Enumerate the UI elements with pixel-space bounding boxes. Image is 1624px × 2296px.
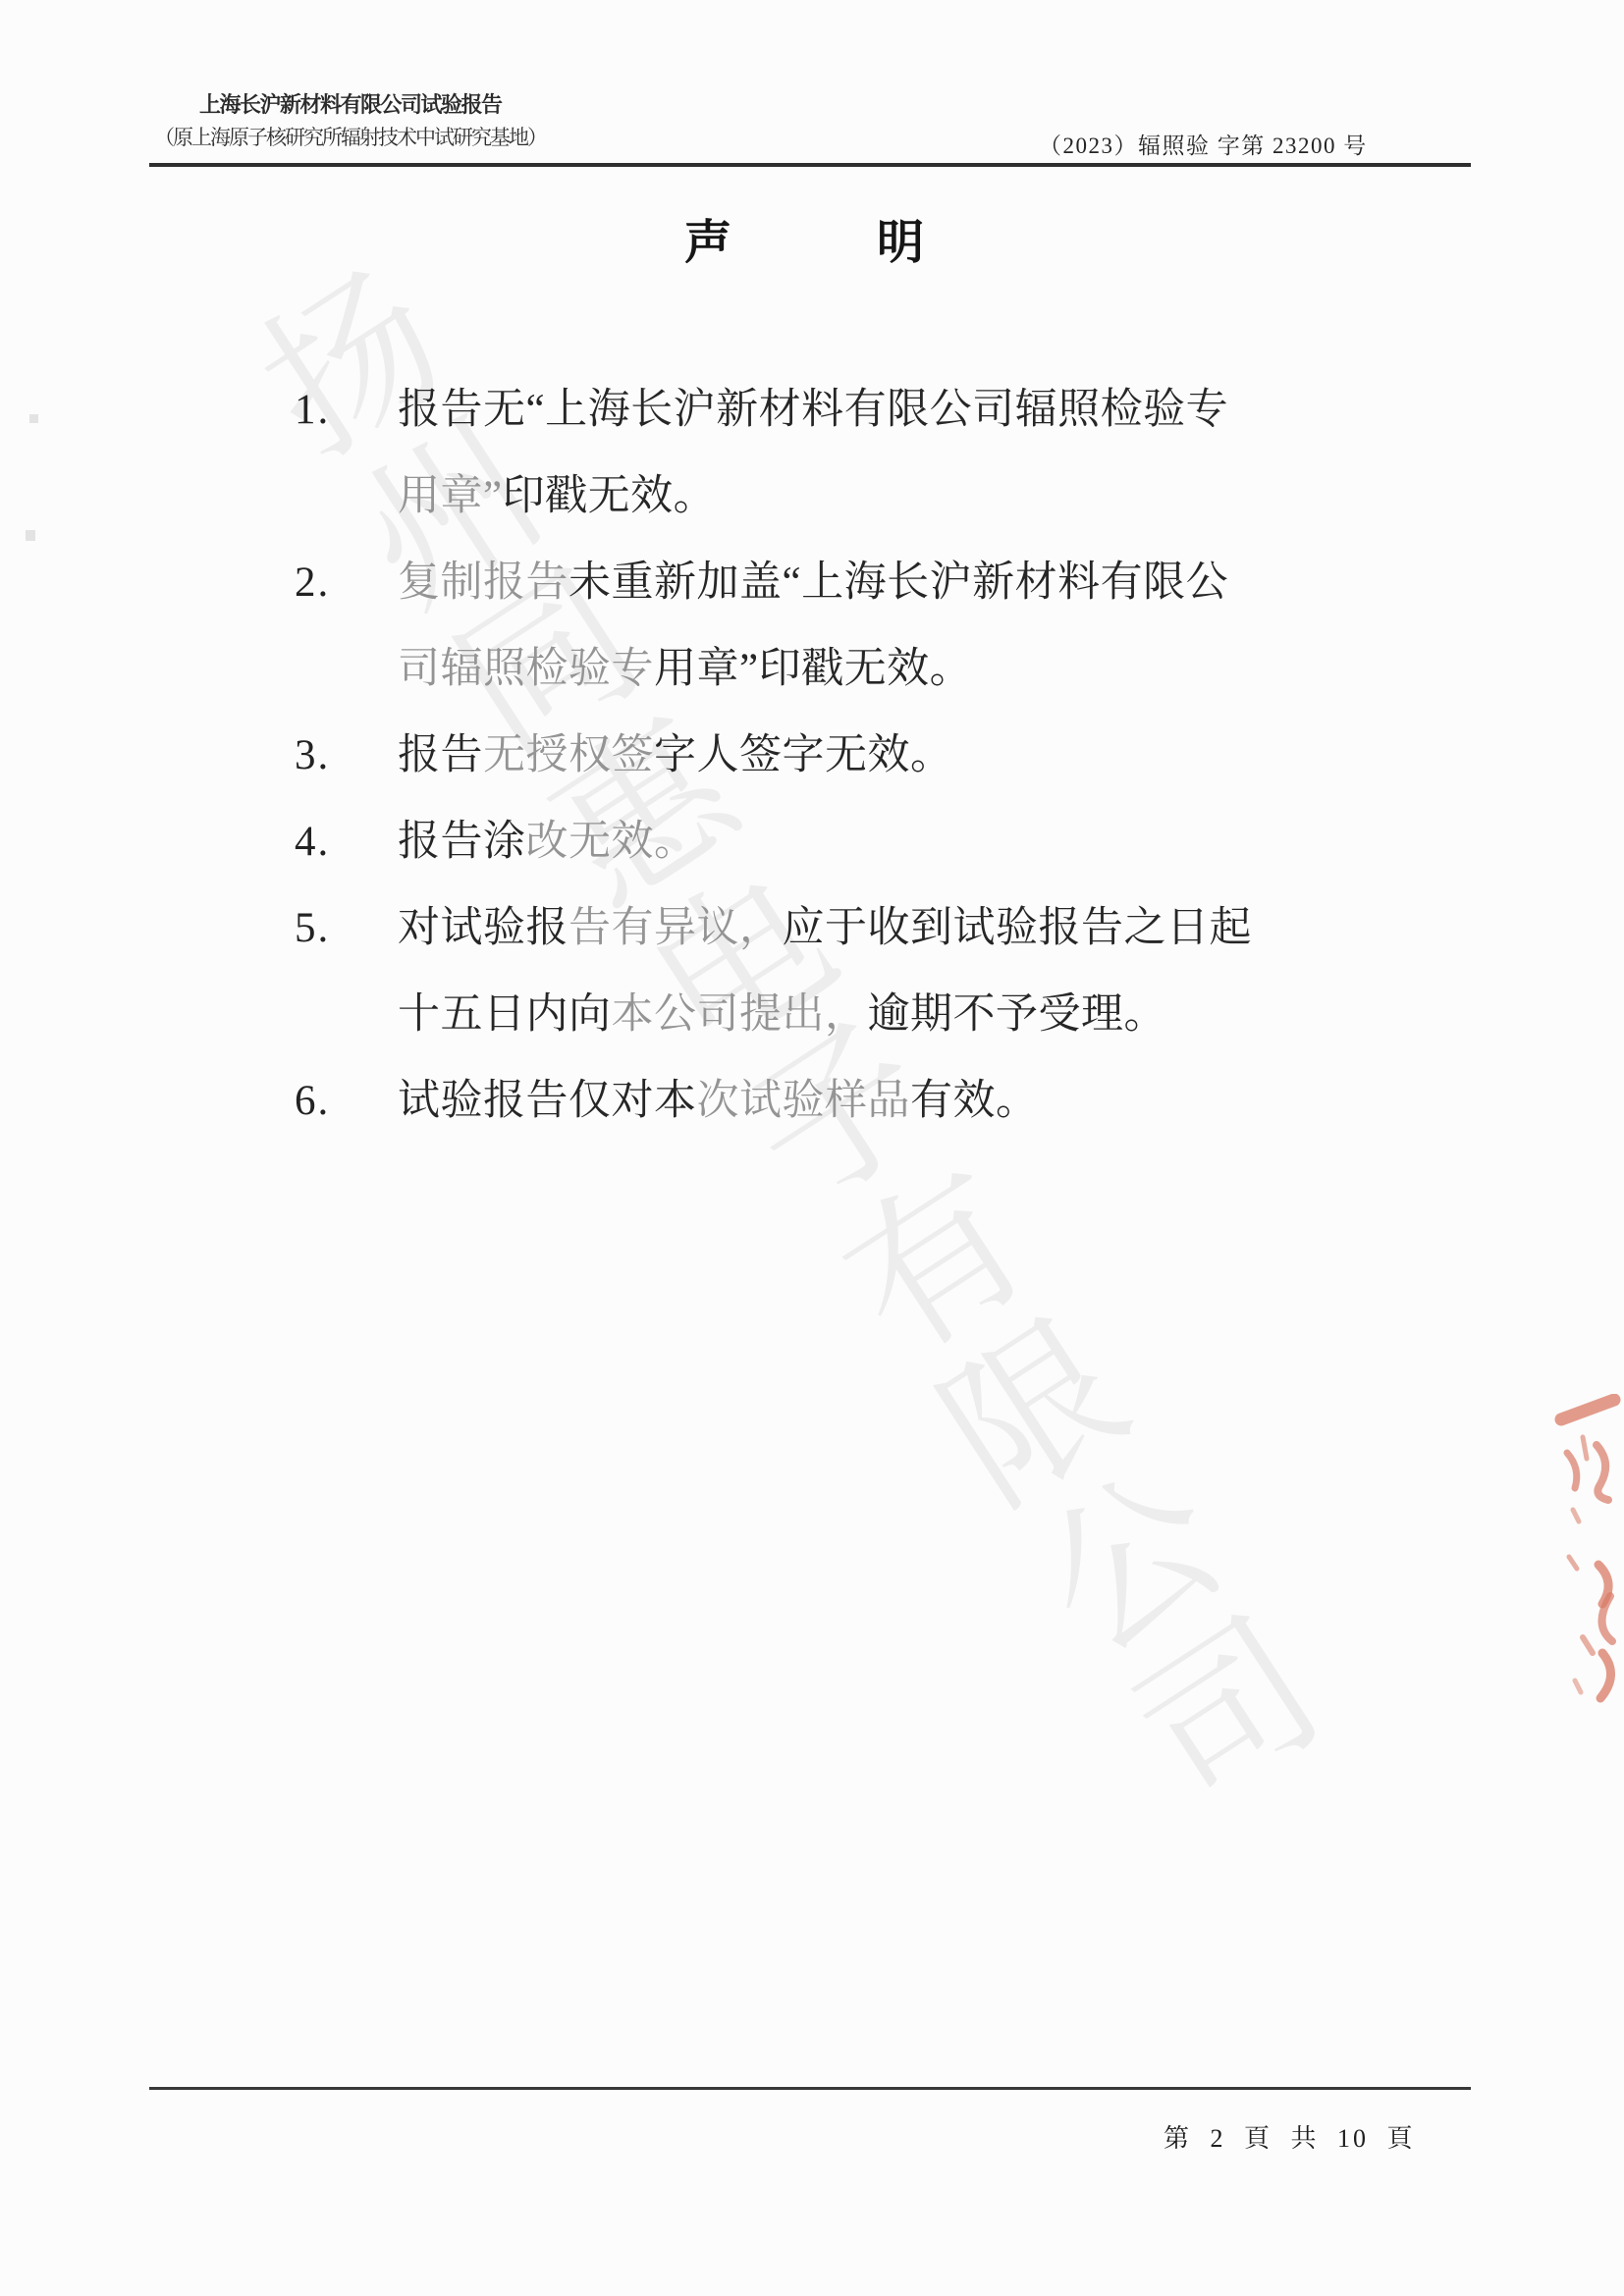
watermark-char: 公	[1012, 1442, 1251, 1683]
declaration-list: 1.报告无“上海长沪新材料有限公司辐照检验专用章”印戳无效。2.复制报告未重新加…	[295, 367, 1286, 1145]
item-text-line: 用章”印戳无效。	[398, 454, 1286, 540]
item-text-line: 报告无“上海长沪新材料有限公司辐照检验专	[398, 367, 1286, 454]
item-text-line: 报告涂改无效。	[398, 799, 1286, 885]
item-text-line: 复制报告未重新加盖“上海长沪新材料有限公	[398, 540, 1286, 626]
item-text-segment: 报告无“上海长沪新材料有限公司辐照检验专	[398, 387, 1228, 433]
item-number: 1.	[295, 367, 398, 454]
item-number: 4.	[295, 799, 398, 885]
item-number: 5.	[295, 885, 398, 972]
item-text-segment: 用章”	[398, 473, 503, 519]
item-text-segment: 十五日内向	[398, 991, 612, 1038]
item-text-segment: 用章”印戳无效。	[654, 646, 972, 692]
declaration-item: 6.试验报告仅对本次试验样品有效。	[295, 1058, 1286, 1145]
item-text-segment: 报告	[398, 732, 483, 778]
item-number: 3.	[295, 713, 398, 799]
item-text-segment: 试验报告仅对本	[398, 1078, 697, 1124]
scan-speck	[26, 530, 35, 541]
item-text-segment: 本公司提出，	[612, 991, 868, 1038]
scanned-report-page: 扬州同惠电子有限公司 上海长沪新材料有限公司试验报告 （原上海原子核研究所辐射技…	[0, 0, 1624, 2296]
scan-speck	[29, 414, 38, 423]
item-text-segment: 印戳无效。	[503, 473, 717, 519]
declaration-item: 4.报告涂改无效。	[295, 799, 1286, 885]
item-text-line: 试验报告仅对本次试验样品有效。	[398, 1058, 1286, 1145]
footer-page-indicator: 第 2 頁 共 10 頁	[1164, 2118, 1416, 2155]
declaration-item: 5.对试验报告有异议，应于收到试验报告之日起十五日内向本公司提出，逾期不予受理。	[295, 885, 1286, 1058]
page-title-char-1: 声	[684, 204, 731, 272]
item-text-segment: 次试验样品	[697, 1078, 911, 1124]
declaration-item: 2.复制报告未重新加盖“上海长沪新材料有限公司辐照检验专用章”印戳无效。	[295, 540, 1286, 713]
red-stamp-fragment-lower	[1559, 1543, 1624, 1715]
item-text-segment: 告有异议，	[568, 905, 783, 951]
item-text-segment: 改无效。	[526, 819, 697, 865]
item-text-segment: 有效。	[910, 1078, 1039, 1124]
item-text-segment: 无授权签	[483, 732, 654, 778]
item-text-segment: 字人签字无效。	[654, 732, 953, 778]
header-rule	[149, 163, 1471, 167]
red-stamp-fragment-upper	[1553, 1394, 1624, 1541]
item-text-segment: 报告涂	[398, 819, 526, 865]
item-text-segment: 应于收到试验报告之日起	[783, 905, 1253, 951]
item-text-segment: 逾期不予受理。	[868, 991, 1167, 1038]
item-number: 2.	[295, 540, 398, 626]
declaration-item: 1.报告无“上海长沪新材料有限公司辐照检验专用章”印戳无效。	[295, 367, 1286, 540]
declaration-item: 3.报告无授权签字人签字无效。	[295, 713, 1286, 799]
item-text-segment: 未重新加盖“上海长沪新材料有限公	[568, 560, 1228, 606]
page-title: 声 明	[0, 204, 1616, 272]
item-text-line: 十五日内向本公司提出，逾期不予受理。	[398, 972, 1286, 1058]
page-title-char-2: 明	[877, 204, 924, 272]
item-text-line: 对试验报告有异议，应于收到试验报告之日起	[398, 885, 1286, 972]
item-text-line: 报告无授权签字人签字无效。	[398, 713, 1286, 799]
item-text-line: 司辐照检验专用章”印戳无效。	[398, 626, 1286, 713]
item-text-segment: 对试验报	[398, 905, 568, 951]
item-number: 6.	[295, 1058, 398, 1145]
header-company-title: 上海长沪新材料有限公司试验报告	[199, 88, 502, 119]
watermark-char: 司	[1110, 1592, 1348, 1834]
watermark-char: 有	[818, 1143, 1056, 1384]
watermark-char: 限	[915, 1293, 1154, 1534]
item-text-segment: 复制报告	[398, 560, 568, 606]
header-report-number: （2023）辐照验 字第 23200 号	[1039, 128, 1368, 160]
header-former-name: （原上海原子核研究所辐射技术中试研究基地）	[154, 122, 546, 151]
footer-rule	[149, 2087, 1471, 2090]
item-text-segment: 司辐照检验专	[398, 646, 654, 692]
